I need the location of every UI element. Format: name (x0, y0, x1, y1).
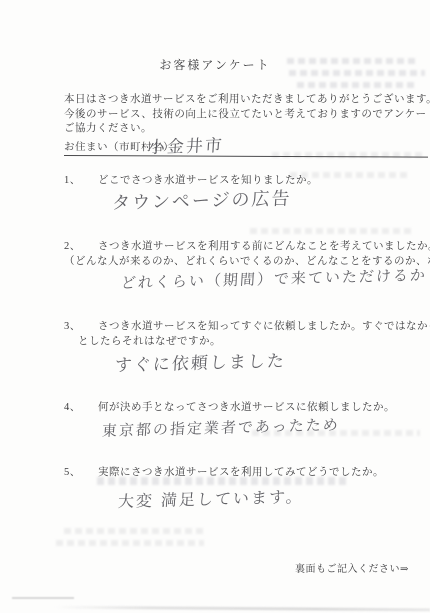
q3-answer-handwritten: すぐに依頼しました (114, 346, 286, 376)
intro-line-1: 本日はさつき水道サービスをご利用いただきましてありがとうございます。 (64, 91, 430, 106)
scan-artifact-dash (12, 597, 74, 599)
residence-answer-handwritten: 小金井市 (147, 131, 225, 158)
intro-line-2: 今後のサービス、技術の向上に役立てたいと考えておりますのでアンケートに (64, 106, 430, 121)
q5-answer-handwritten: 大変 満足しています。 (117, 484, 304, 512)
backside-note: 裏面もご記入ください⇒ (295, 560, 409, 575)
q3-text-line1: さつき水道サービスを知ってすぐに依頼しましたか。すぐではなかった (98, 318, 430, 333)
q3-text-line2: としたらそれはなぜですか。 (78, 333, 221, 348)
q5-text: 実際にさつき水道サービスを利用してみてどうでしたか。 (98, 464, 384, 479)
q1-number: 1、 (64, 172, 81, 187)
q2-number: 2、 (64, 238, 81, 253)
form-title: お客様アンケート (0, 56, 430, 73)
q2-text-line1: さつき水道サービスを利用する前にどんなことを考えていましたか。 (98, 238, 430, 253)
q2-answer-handwritten: どれくらい（期間）で来ていただけるか (120, 264, 427, 293)
bleed-through-artifact-bottom-left (56, 528, 206, 552)
q4-number: 4、 (64, 399, 81, 414)
scan-artifact-shadow (55, 606, 430, 612)
q1-answer-handwritten: タウンページの広告 (111, 184, 292, 215)
q5-number: 5、 (64, 464, 81, 479)
q3-number: 3、 (64, 318, 81, 333)
residence-field: お住まい（市町村名）： (64, 138, 428, 158)
intro-line-3: ご協力ください。 (64, 120, 152, 135)
q4-text: 何が決め手となってさつき水道サービスに依頼しましたか。 (98, 399, 395, 414)
survey-form-page: お客様アンケート 本日はさつき水道サービスをご利用いただきましてありがとうござい… (0, 0, 430, 613)
